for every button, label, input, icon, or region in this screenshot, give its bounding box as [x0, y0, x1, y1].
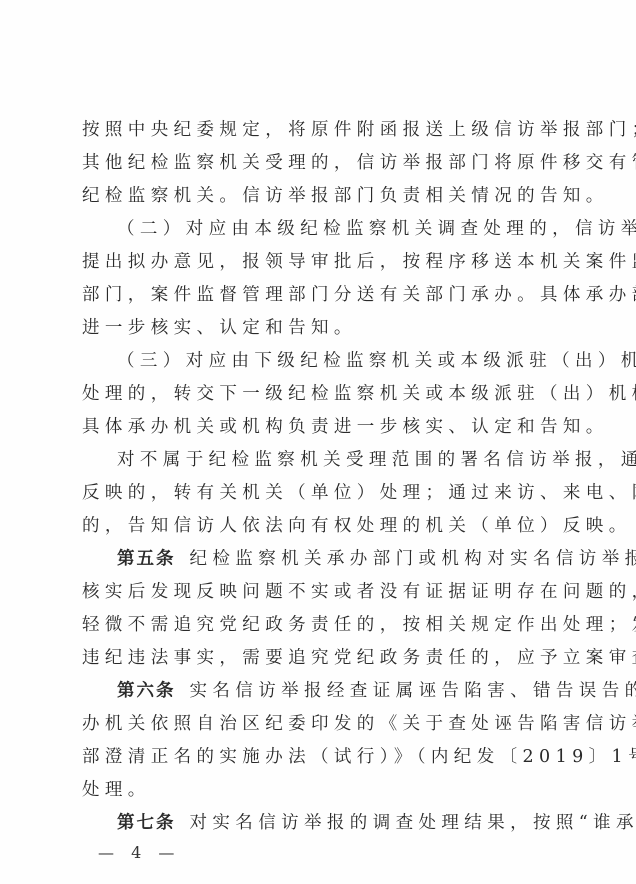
text-line: 办机关依照自治区纪委印发的《关于查处诬告陷害信访举报为干	[82, 712, 554, 736]
text-line: （三）对应由下级纪检监察机关或本级派驻（出）机构调查	[117, 349, 554, 373]
text-line: 纪检监察机关。信访举报部门负责相关情况的告知。	[82, 184, 554, 208]
page-number: — 4 —	[98, 843, 180, 862]
text-line: 其他纪检监察机关受理的，信访举报部门将原件移交有管辖权的	[82, 151, 554, 175]
text-line: 按照中央纪委规定，将原件附函报送上级信访举报部门；对属于	[82, 118, 554, 142]
article-6-heading: 第六条	[117, 681, 176, 701]
text-line: 部澄清正名的实施办法（试行）》（内纪发〔2019〕1号）进行	[82, 745, 554, 769]
text-line: 处理的，转交下一级纪检监察机关或本级派驻（出）机构处理。	[82, 382, 554, 406]
text-segment: 实名信访举报经查证属诬告陷害、错告误告的，承	[190, 681, 636, 701]
text-line: 提出拟办意见，报领导审批后，按程序移送本机关案件监督管理	[82, 250, 554, 274]
article-7-line: 第七条对实名信访举报的调查处理结果，按照“谁承办、	[117, 811, 554, 835]
text-line: 具体承办机关或机构负责进一步核实、认定和告知。	[82, 415, 554, 439]
text-line: 部门，案件监督管理部门分送有关部门承办。具体承办部门负责	[82, 283, 554, 307]
text-line: 核实后发现反映问题不实或者没有证据证明存在问题的，或问题	[82, 580, 554, 604]
article-6-line: 第六条实名信访举报经查证属诬告陷害、错告误告的，承	[117, 679, 554, 703]
document-page: 按照中央纪委规定，将原件附函报送上级信访举报部门；对属于 其他纪检监察机关受理的…	[0, 0, 636, 884]
article-7-heading: 第七条	[117, 813, 176, 833]
text-segment: 纪检监察机关承办部门或机构对实名信访举报调查	[190, 549, 636, 569]
article-5-line: 第五条纪检监察机关承办部门或机构对实名信访举报调查	[117, 547, 554, 571]
text-line: 进一步核实、认定和告知。	[82, 316, 554, 340]
article-5-heading: 第五条	[117, 549, 176, 569]
text-line: 对不属于纪检监察机关受理范围的署名信访举报，通过来信	[117, 448, 554, 472]
text-segment: 对实名信访举报的调查处理结果，按照“谁承办、	[190, 813, 636, 833]
text-line: 违纪违法事实，需要追究党纪政务责任的，应予立案审查调查。	[82, 646, 554, 670]
text-line: （二）对应由本级纪检监察机关调查处理的，信访举报部门	[117, 217, 554, 241]
text-line: 处理。	[82, 778, 554, 802]
text-line: 的，告知信访人依法向有权处理的机关（单位）反映。	[82, 514, 554, 538]
text-line: 轻微不需追究党纪政务责任的，按相关规定作出处理；发现确有	[82, 613, 554, 637]
text-line: 反映的，转有关机关（单位）处理；通过来访、来电、网络反映	[82, 481, 554, 505]
